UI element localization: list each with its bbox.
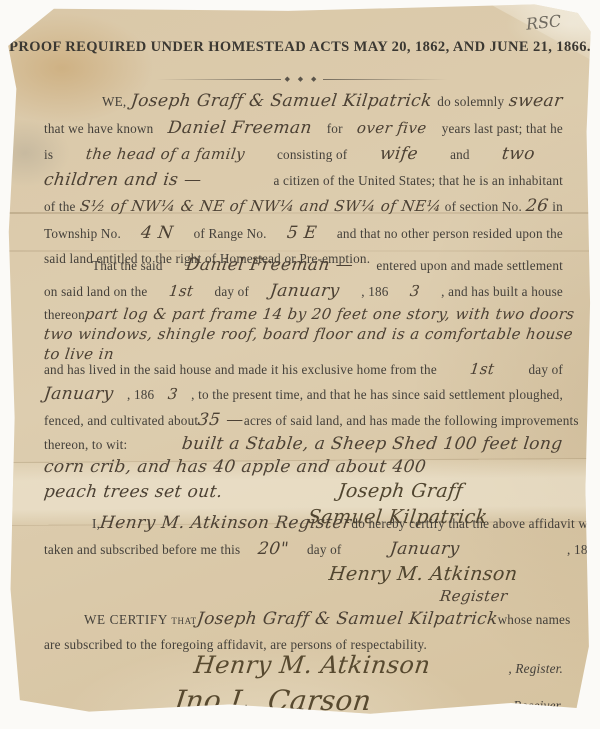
register-final-signature: Henry M. Atkinson [192, 651, 432, 679]
printed-text: a citizen of the United States; that he … [273, 173, 563, 189]
township-entry: 4 N [140, 223, 175, 243]
printed-text: , and has built a house [441, 284, 563, 300]
affidavit-paragraph-2: That the said Daniel Freeman — entered u… [44, 255, 563, 363]
scanned-document-page: { "colors": { "paper": "#dbc9a9", "print… [0, 0, 600, 729]
improvements-entry: corn crib, and has 40 apple and about 40… [43, 457, 428, 477]
closing-signatures: Henry M. Atkinson , Register. Jno L. Car… [44, 651, 563, 717]
printed-text: years last past; that he [442, 121, 563, 137]
we-certify-label: WE CERTIFY that [84, 612, 197, 628]
section-number-entry: 26 [525, 196, 550, 216]
printed-text: , 186 [567, 542, 594, 558]
printed-text: of section No. [445, 199, 522, 215]
register-title-signature: Register [439, 587, 509, 605]
printed-text: for [327, 121, 343, 137]
affidavit-paragraph-3: and has lived in the said house and made… [44, 360, 563, 528]
ornamental-divider: ◆ ◆ ◆ [157, 75, 447, 83]
printed-text: consisting of [277, 147, 347, 163]
printed-text: , 186 [127, 387, 154, 403]
certified-witness-names-entry: Joseph Graff & Samuel Kilpatrick [196, 609, 499, 629]
house-description-entry: two windows, shingle roof, board floor a… [43, 325, 574, 343]
receiver-office-label: , Receiver. [506, 698, 563, 714]
subscribed-month-entry: January [388, 539, 460, 559]
printed-text: Township No. [44, 226, 121, 242]
printed-text: of Range No. [194, 226, 267, 242]
register-signature: Henry M. Atkinson [328, 563, 519, 585]
document-paper: RSC PROOF REQUIRED UNDER HOMESTEAD ACTS … [7, 3, 593, 718]
printed-text: day of [307, 542, 342, 558]
printed-text: on said land on the [44, 284, 147, 300]
printed-text: fenced, and cultivated about [44, 413, 198, 429]
register-office-label: , Register. [508, 661, 563, 677]
printed-text: , 186 [361, 284, 388, 300]
swear-entry: swear [508, 91, 564, 111]
divider-rule [157, 79, 281, 80]
claimant-name-entry: Daniel Freeman [167, 118, 313, 138]
acres-entry: 35 — [197, 410, 245, 430]
receiver-final-signature: Jno L. Carson [172, 684, 373, 717]
printed-text: that we have known [44, 121, 153, 137]
range-entry: 5 E [286, 223, 318, 243]
settlement-month-entry: January [269, 281, 341, 301]
printed-text: and that no other person resided upon th… [337, 226, 563, 242]
printed-text: entered upon and made settlement [376, 258, 563, 274]
form-title: PROOF REQUIRED UNDER HOMESTEAD ACTS MAY … [7, 39, 593, 56]
we-label: WE, [102, 94, 126, 110]
improvements-entry: built a Stable, a Sheep Shed 100 feet lo… [181, 434, 564, 454]
land-description-entry: S½ of NW¼ & NE of NW¼ and SW¼ of NE¼ [78, 197, 442, 215]
printed-text: That the said [92, 258, 163, 274]
printed-text: and has lived in the said house and made… [44, 362, 437, 378]
children-entry: children and is — [43, 170, 203, 190]
printed-text: do solemnly [437, 94, 504, 110]
printed-text: in [552, 199, 563, 215]
printed-text: , to the present time, and that he has s… [191, 387, 563, 403]
affidavit-paragraph-1: WE, Joseph Graff & Samuel Kilpatrick do … [44, 91, 563, 267]
settlement-day-entry: 1st [168, 282, 195, 300]
printed-text: thereon, to wit: [44, 437, 127, 453]
printed-text: acres of said land, and has made the fol… [244, 413, 579, 429]
printed-text: do hereby certify that the above affidav… [351, 516, 599, 532]
register-name-entry: Henry M. Atkinson Register [99, 513, 353, 533]
printed-text: day of [528, 362, 563, 378]
pencil-corner-note: RSC [525, 11, 562, 34]
family-status-entry: the head of a family [84, 145, 245, 163]
subscribed-day-entry: 20" [257, 539, 290, 559]
printed-text: and [450, 147, 470, 163]
residence-day-entry: 1st [469, 360, 496, 378]
residence-month-entry: January [43, 384, 115, 404]
settlement-year-entry: 3 [409, 282, 421, 300]
printed-text: is [44, 147, 53, 163]
divider-rule [323, 79, 447, 80]
witness-signature-graff: Joseph Graff [337, 480, 465, 502]
divider-ornament: ◆ ◆ ◆ [281, 75, 324, 83]
printed-text: of the [44, 199, 76, 215]
children-count-entry: two [501, 144, 536, 164]
witness-names-entry: Joseph Graff & Samuel Kilpatrick [130, 91, 433, 111]
settler-name-entry: Daniel Freeman — [185, 255, 355, 275]
house-description-entry: part log & part frame 14 by 20 feet one … [84, 305, 576, 323]
wife-entry: wife [379, 144, 419, 164]
respectability-certification: WE CERTIFY that Joseph Graff & Samuel Ki… [44, 609, 563, 653]
residence-year-entry: 3 [167, 385, 179, 403]
printed-text: day of [215, 284, 250, 300]
register-certification: I, Henry M. Atkinson Register do hereby … [44, 513, 563, 605]
improvements-entry: peach trees set out. [43, 482, 224, 502]
printed-text: thereon [44, 307, 85, 323]
printed-text: taken and subscribed before me this [44, 542, 240, 558]
printed-text: whose names [498, 612, 571, 628]
years-known-entry: over five [356, 119, 428, 137]
